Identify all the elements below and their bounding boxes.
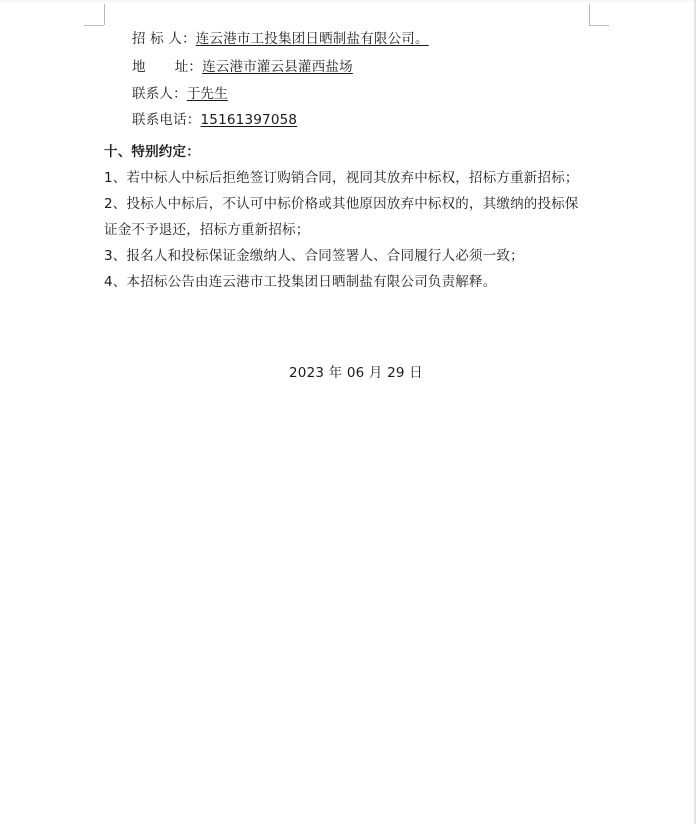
special-terms-heading: 十、特别约定：	[104, 143, 200, 161]
address-line: 地址：连云港市灌云县灌西盐场	[132, 58, 353, 76]
contact-person-value: 于先生	[187, 86, 228, 102]
document-date: 2023 年 06 月 29 日	[289, 364, 423, 382]
special-term-item: 3、报名人和投标保证金缴纳人、合同签署人、合同履行人必须一致；	[104, 247, 524, 265]
phone-line: 联系电话：15161397058	[132, 111, 311, 129]
special-term-item-continuation: 证金不予退还，招标方重新招标；	[104, 221, 310, 239]
tenderer-label: 招 标 人：	[132, 31, 196, 47]
margin-corner-mark-left	[84, 4, 105, 26]
margin-corner-mark-right	[589, 4, 610, 26]
address-label-part2: 址：	[175, 59, 202, 75]
address-value: 连云港市灌云县灌西盐场	[202, 59, 353, 75]
phone-label: 联系电话：	[132, 112, 201, 128]
contact-person-line: 联系人：于先生	[132, 85, 228, 103]
address-label-part1: 地	[132, 59, 146, 75]
special-term-item: 1、若中标人中标后拒绝签订购销合同，视同其放弃中标权，招标方重新招标；	[104, 169, 579, 187]
page-top-edge	[0, 0, 696, 2]
phone-value: 15161397058	[201, 112, 312, 128]
tenderer-value: 连云港市工投集团日晒制盐有限公司。	[196, 31, 429, 47]
special-term-item: 4、本招标公告由连云港市工投集团日晒制盐有限公司负责解释。	[104, 273, 496, 291]
contact-person-label: 联系人：	[132, 86, 187, 102]
tenderer-line: 招 标 人：连云港市工投集团日晒制盐有限公司。	[132, 30, 429, 48]
special-term-item: 2、投标人中标后，不认可中标价格或其他原因放弃中标权的，其缴纳的投标保	[104, 195, 579, 213]
